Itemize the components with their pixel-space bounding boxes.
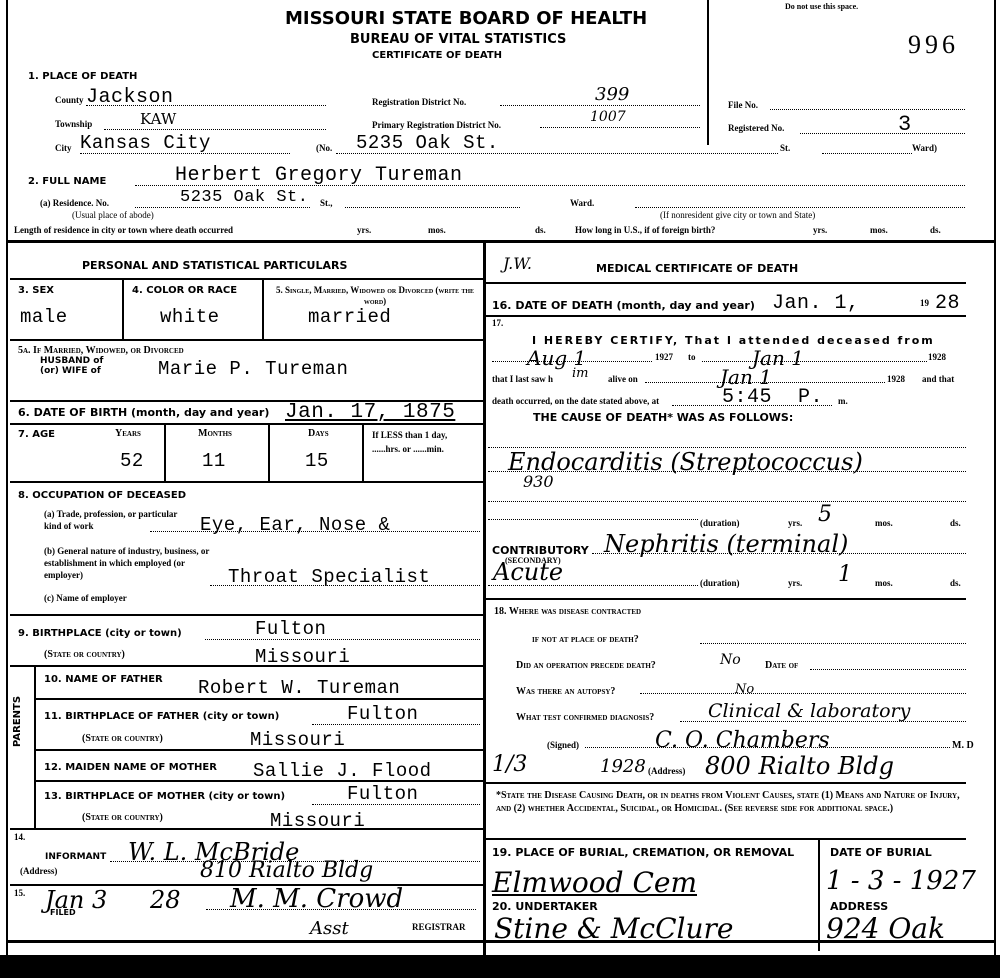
full-name-field: Herbert Gregory Tureman — [135, 164, 965, 186]
registration-district-value: 399 — [595, 84, 629, 105]
sex-value: male — [20, 306, 68, 328]
occupation-a-field: Eye, Ear, Nose & — [150, 514, 480, 532]
cause-footnote: *State the Disease Causing Death, or in … — [496, 789, 964, 815]
header-divider — [707, 0, 709, 145]
certificate-number: 996 — [908, 30, 959, 60]
undertaker-address-value: 924 Oak — [826, 912, 945, 945]
contrib-duration-mos-label: mos. — [875, 578, 893, 588]
county-label: County — [55, 95, 84, 105]
months-label: Months — [198, 428, 232, 439]
divider — [10, 665, 483, 667]
street-field: 5235 Oak St. — [336, 132, 778, 154]
contributory-field: Nephritis (terminal) — [592, 530, 966, 554]
m-label: m. — [838, 396, 848, 406]
nonresident-note: (If nonresident give city or town and St… — [660, 210, 815, 220]
informant-label: INFORMANT — [45, 852, 106, 862]
father-value: Robert W. Tureman — [198, 677, 400, 699]
father-birthplace-city: Fulton — [347, 703, 418, 725]
physician-address: 800 Rialto Bldg — [705, 752, 894, 780]
mother-birthplace-field: Fulton — [312, 783, 480, 805]
dob-label: 6. DATE OF BIRTH (month, day and year) — [18, 406, 269, 419]
spouse-label-1: 5a. If Married, Widowed, or Divorced — [18, 345, 184, 356]
date-of-death-year-prefix: 19 — [920, 298, 929, 308]
spouse-label-3: (or) WIFE of — [40, 366, 101, 376]
ward-label: Ward) — [912, 143, 937, 153]
residence-field: 5235 Oak St. — [135, 188, 310, 208]
margin-initials: J.W. — [503, 254, 532, 273]
registrar-assistant: Asst — [310, 918, 349, 939]
residence-value: 5235 Oak St. — [180, 188, 308, 207]
occupation-a-value: Eye, Ear, Nose & — [200, 514, 390, 536]
dob-value: Jan. 17, 1875 — [285, 401, 455, 424]
where-contracted-label: 18. Where was disease contracted — [494, 606, 641, 617]
date-of-death-year: 28 — [935, 292, 960, 315]
primary-registration-label: Primary Registration District No. — [372, 120, 501, 130]
mother-value: Sallie J. Flood — [253, 760, 432, 782]
am-pm-value: P. — [798, 386, 823, 409]
age-months-value: 11 — [202, 450, 226, 472]
marital-label: 5. Single, Married, Widowed or Divorced … — [270, 285, 480, 307]
certificate-title: CERTIFICATE OF DEATH — [372, 50, 502, 61]
attended-from-year: 1927 — [655, 352, 673, 362]
test-confirmed-label: What test confirmed diagnosis? — [516, 712, 654, 723]
undertaker-value: Stine & McClure — [494, 912, 733, 945]
city-field: Kansas City — [80, 132, 290, 154]
father-birthplace-label: 11. BIRTHPLACE OF FATHER (city or town) — [44, 711, 279, 722]
city-value: Kansas City — [80, 132, 211, 154]
test-confirmed-field: Clinical & laboratory — [680, 700, 966, 722]
signed-field: C. O. Chambers — [585, 728, 950, 748]
physician-address-label: (Address) — [648, 766, 685, 776]
signed-label: (Signed) — [547, 740, 579, 750]
divider — [818, 839, 820, 951]
divider — [10, 423, 483, 425]
occupation-b-value: Throat Specialist — [228, 566, 430, 588]
divider — [35, 749, 483, 751]
last-saw-text: that I last saw h — [492, 374, 553, 384]
divider — [486, 838, 966, 840]
days-label: Days — [308, 428, 329, 439]
registered-no-field: 3 — [800, 112, 965, 134]
death-occurred-text: death occurred, on the date stated above… — [492, 396, 659, 406]
signed-year: 1928 — [600, 756, 646, 777]
autopsy-value: No — [735, 682, 754, 697]
bureau-title: BUREAU OF VITAL STATISTICS — [350, 32, 566, 47]
contributory-value: Nephritis (terminal) — [604, 530, 848, 558]
sex-label: 3. SEX — [18, 285, 54, 296]
divider — [10, 481, 483, 483]
st-label: St. — [780, 143, 790, 153]
occupation-b-label: (b) General nature of industry, business… — [44, 545, 224, 581]
medical-section-title: MEDICAL CERTIFICATE OF DEATH — [596, 262, 798, 275]
date-of-operation-field — [810, 662, 966, 670]
where-contracted-field — [700, 636, 966, 644]
divider — [35, 780, 483, 782]
employer-label: (c) Name of employer — [44, 593, 127, 603]
length-residence-label: Length of residence in city or town wher… — [14, 225, 233, 235]
primary-registration-value: 1007 — [590, 109, 626, 125]
divider — [10, 614, 483, 616]
township-field: KAW — [104, 110, 326, 130]
if-not-at-place-label: if not at place of death? — [532, 634, 639, 645]
right-border — [994, 0, 996, 955]
registrar-signature: M. M. Crowd — [230, 884, 403, 914]
full-name-label: 2. FULL NAME — [28, 176, 106, 187]
to-label: to — [688, 352, 696, 362]
divider — [262, 279, 264, 339]
cause-duration-dots — [488, 510, 698, 520]
informant-address: 810 Rialto Bldg — [200, 858, 373, 883]
township-label: Township — [55, 119, 92, 129]
divider — [268, 424, 270, 481]
section-divider-top — [6, 240, 996, 243]
mother-birthplace-city: Fulton — [347, 783, 418, 805]
md-label: M. D — [952, 740, 974, 751]
personal-section-title: PERSONAL AND STATISTICAL PARTICULARS — [82, 259, 347, 272]
burial-place-label: 19. PLACE OF BURIAL, CREMATION, OR REMOV… — [492, 846, 794, 859]
contributory-2-value: Acute — [493, 558, 563, 586]
registrar-label: REGISTRAR — [412, 922, 466, 932]
informant-address-label: (Address) — [20, 866, 57, 876]
nonresident-field — [635, 200, 965, 208]
usual-place-note: (Usual place of abode) — [72, 210, 154, 220]
birthplace-state-label: (State or country) — [44, 649, 125, 660]
operation-value: No — [720, 652, 741, 668]
township-value: KAW — [140, 110, 176, 128]
attended-to-field: Jan 1 — [702, 346, 927, 362]
divider — [10, 339, 483, 341]
date-of-operation-label: Date of — [765, 660, 798, 671]
signed-date: 1/3 — [492, 752, 527, 777]
date-of-death-label: 16. DATE OF DEATH (month, day and year) — [492, 299, 755, 312]
cause-duration-mos: 5 — [818, 502, 832, 527]
county-field: Jackson — [86, 86, 326, 106]
divider — [486, 282, 966, 284]
alive-on-label: alive on — [608, 374, 638, 384]
filed-date: Jan 3 — [45, 886, 107, 914]
left-border — [6, 0, 8, 955]
age-days-value: 15 — [305, 450, 329, 472]
cause-note: 930 — [523, 472, 554, 491]
mother-birthplace-label: 13. BIRTHPLACE OF MOTHER (city or town) — [44, 791, 285, 802]
cause-duration-mos-label: mos. — [875, 518, 893, 528]
mother-label: 12. MAIDEN NAME OF MOTHER — [44, 762, 217, 773]
length-ds: ds. — [535, 225, 546, 235]
city-label: City — [55, 143, 72, 153]
residence-label: (a) Residence. No. — [40, 198, 109, 208]
do-not-use-note: Do not use this space. — [785, 2, 858, 11]
full-name-value: Herbert Gregory Tureman — [175, 164, 463, 187]
registration-district-field: 399 — [500, 84, 700, 106]
registered-no-value: 3 — [898, 112, 912, 137]
street-no-label: (No. — [316, 143, 332, 153]
divider — [10, 828, 483, 830]
length-mos: mos. — [428, 225, 446, 235]
foreign-ds: ds. — [930, 225, 941, 235]
length-yrs: yrs. — [357, 225, 371, 235]
divider — [10, 278, 483, 280]
cause-duration-yrs-label: yrs. — [788, 518, 802, 528]
item-17-number: 17. — [492, 318, 503, 328]
attended-from-field: Aug 1 — [492, 346, 652, 362]
divider — [164, 424, 166, 481]
county-value: Jackson — [86, 86, 174, 109]
occupation-label: 8. OCCUPATION OF DECEASED — [18, 490, 186, 501]
autopsy-label: Was there an autopsy? — [516, 686, 615, 697]
birthplace-city-value: Fulton — [255, 618, 326, 640]
signed-value: C. O. Chambers — [655, 728, 830, 753]
divider — [34, 666, 36, 828]
operation-label: Did an operation precede death? — [516, 660, 656, 671]
burial-date-label: DATE OF BURIAL — [830, 846, 932, 859]
ward-field — [822, 144, 912, 154]
divider — [486, 782, 966, 784]
race-label: 4. COLOR OR RACE — [132, 285, 237, 296]
alive-on-year: 1928 — [887, 374, 905, 384]
father-state-label: (State or country) — [82, 733, 163, 744]
contrib-duration-yrs-label: yrs. — [788, 578, 802, 588]
contributory-2-field: Acute — [488, 558, 698, 586]
time-field: 5:45P. — [672, 386, 832, 406]
autopsy-field: No — [640, 680, 966, 694]
primary-registration-field: 1007 — [540, 108, 700, 128]
age-years-value: 52 — [120, 450, 144, 472]
divider — [486, 598, 966, 600]
residence-ward-field — [345, 200, 520, 208]
file-no-field — [770, 96, 965, 110]
date-of-death-value: Jan. 1, — [772, 292, 860, 315]
form-title: MISSOURI STATE BOARD OF HEALTH — [285, 8, 647, 29]
cause-duration-label: (duration) — [700, 518, 740, 528]
birthplace-city-field: Fulton — [205, 618, 480, 640]
foreign-mos: mos. — [870, 225, 888, 235]
age-label: 7. AGE — [18, 429, 55, 440]
residence-ward-label: Ward. — [570, 198, 594, 208]
contrib-duration-label: (duration) — [700, 578, 740, 588]
birthplace-label: 9. BIRTHPLACE (city or town) — [18, 628, 182, 639]
father-label: 10. NAME OF FATHER — [44, 674, 163, 685]
foreign-yrs: yrs. — [813, 225, 827, 235]
bottom-scan-edge — [0, 955, 1000, 978]
mother-state-label: (State or country) — [82, 812, 163, 823]
race-value: white — [160, 306, 220, 328]
time-value: 5:45 — [722, 386, 772, 409]
registration-district-label: Registration District No. — [372, 97, 466, 107]
attended-to-year: 1928 — [928, 352, 946, 362]
spouse-value: Marie P. Tureman — [158, 358, 348, 380]
registered-no-label: Registered No. — [728, 123, 784, 133]
divider — [35, 698, 483, 700]
father-birthplace-field: Fulton — [312, 703, 480, 725]
alive-on-field: Jan 1 — [645, 365, 885, 383]
cause-line-3: 930 — [488, 472, 966, 502]
burial-date-value: 1 - 3 - 1927 — [826, 866, 976, 896]
contrib-duration-ds-label: ds. — [950, 578, 961, 588]
less-than-day-label: If LESS than 1 day, ......hrs. or ......… — [372, 428, 477, 456]
informant-number: 14. — [14, 832, 25, 842]
contrib-duration-mos: 1 — [838, 562, 852, 587]
place-of-death-label: 1. PLACE OF DEATH — [28, 71, 137, 82]
test-confirmed-value: Clinical & laboratory — [708, 700, 910, 722]
cause-field: Endocarditis (Streptococcus) — [488, 448, 966, 472]
cause-of-death-label: THE CAUSE OF DEATH* WAS AS FOLLOWS: — [533, 411, 793, 424]
father-birthplace-state: Missouri — [250, 729, 345, 751]
divider — [362, 424, 364, 481]
cause-line-1 — [488, 440, 966, 448]
filed-year: 28 — [150, 886, 181, 914]
foreign-birth-label: How long in U.S., if of foreign birth? — [575, 225, 715, 235]
burial-place-value: Elmwood Cem — [492, 866, 697, 899]
divider — [122, 279, 124, 339]
file-no-label: File No. — [728, 100, 758, 110]
occupation-b-field: Throat Specialist — [210, 566, 480, 586]
marital-value: married — [308, 306, 391, 328]
divider — [486, 315, 966, 317]
parents-side-label: PARENTS — [12, 696, 23, 747]
residence-st-label: St., — [320, 198, 333, 208]
years-label: Years — [115, 428, 141, 439]
spouse-label-2: HUSBAND of — [40, 356, 103, 366]
filed-number: 15. — [14, 888, 25, 898]
and-that-text: and that — [922, 374, 954, 384]
cause-duration-ds-label: ds. — [950, 518, 961, 528]
street-value: 5235 Oak St. — [356, 132, 499, 154]
last-saw-pronoun: im — [572, 366, 589, 381]
